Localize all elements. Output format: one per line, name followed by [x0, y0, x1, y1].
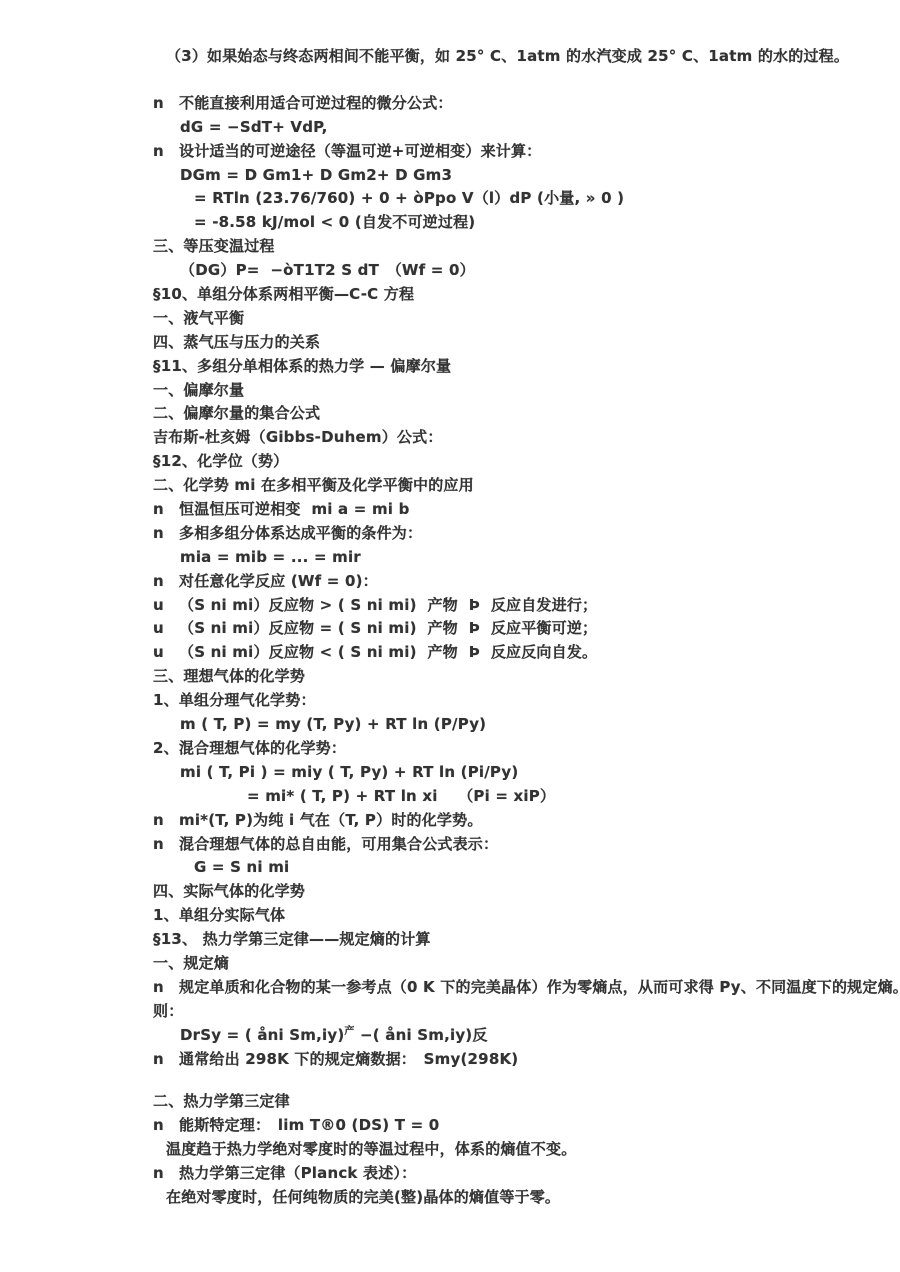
section-heading-line: 四、蒸气压与压力的关系 [153, 331, 870, 355]
bullet-marker: u [153, 617, 179, 641]
line-text: 通常给出 298K 下的规定熵数据： Smy(298K) [179, 1050, 518, 1068]
line-text: §10、单组分体系两相平衡—C-C 方程 [153, 285, 414, 303]
line-text: 在绝对零度时，任何纯物质的完美(整)晶体的熵值等于零。 [166, 1188, 560, 1206]
bullet-marker: u [153, 641, 179, 665]
bullet-line: u（S ni mi）反应物 = ( S ni mi) 产物 Þ 反应平衡可逆； [153, 617, 870, 641]
formula-line: = mi* ( T, P) + RT ln xi （Pi = xiP） [153, 785, 870, 809]
line-text: mia = mib = ... = mir [180, 548, 361, 566]
bullet-line: n恒温恒压可逆相变 mi a = mi b [153, 498, 870, 522]
bullet-line: n通常给出 298K 下的规定熵数据： Smy(298K) [153, 1048, 870, 1072]
line-text: 能斯特定理： lim T®0 (DS) T = 0 [179, 1116, 439, 1134]
section-heading-line: §11、多组分单相体系的热力学 — 偏摩尔量 [153, 355, 870, 379]
bullet-line: n设计适当的可逆途径（等温可逆+可逆相变）来计算： [153, 140, 870, 164]
section-heading-line: §10、单组分体系两相平衡—C-C 方程 [153, 283, 870, 307]
line-text: 三、理想气体的化学势 [153, 667, 305, 685]
line-text: （S ni mi）反应物 = ( S ni mi) 产物 Þ 反应平衡可逆； [179, 619, 597, 637]
formula-line: m ( T, P) = my (T, Py) + RT ln (P/Py) [153, 713, 870, 737]
line-text: 二、化学势 mi 在多相平衡及化学平衡中的应用 [153, 476, 474, 494]
document-page: （3）如果始态与终态两相间不能平衡，如 25° C、1atm 的水汽变成 25°… [0, 0, 900, 1272]
section-heading-line: 三、理想气体的化学势 [153, 665, 870, 689]
line-text: 不能直接利用适合可逆过程的微分公式： [179, 94, 453, 112]
line-spacer [153, 1071, 870, 1090]
line-text: 二、热力学第三定律 [153, 1092, 290, 1110]
section-heading-line: 二、偏摩尔量的集合公式 [153, 402, 870, 426]
line-text: 一、规定熵 [153, 954, 229, 972]
formula-segment-mid: −( åni Sm,iy) [355, 1026, 473, 1044]
line-text: 二、偏摩尔量的集合公式 [153, 404, 320, 422]
formula-line: mi ( T, Pi ) = miy ( T, Py) + RT ln (Pi/… [153, 761, 870, 785]
line-text: （DG）P= −òT1T2 S dT （Wf = 0） [180, 261, 475, 279]
formula-line: G = S ni mi [153, 856, 870, 880]
section-heading-line: 1、单组分理气化学势： [153, 689, 870, 713]
line-text: mi*(T, P)为纯 i 气在（T, P）时的化学势。 [179, 811, 483, 829]
line-text: 则： [153, 1002, 183, 1020]
bullet-line: n不能直接利用适合可逆过程的微分公式： [153, 92, 870, 116]
paragraph-line: （3）如果始态与终态两相间不能平衡，如 25° C、1atm 的水汽变成 25°… [153, 45, 870, 69]
line-text: 对任意化学反应 (Wf = 0)： [179, 572, 378, 590]
bullet-line: u（S ni mi）反应物 > ( S ni mi) 产物 Þ 反应自发进行； [153, 594, 870, 618]
line-text: §11、多组分单相体系的热力学 — 偏摩尔量 [153, 357, 451, 375]
line-text: 设计适当的可逆途径（等温可逆+可逆相变）来计算： [179, 142, 541, 160]
bullet-line: nmi*(T, P)为纯 i 气在（T, P）时的化学势。 [153, 809, 870, 833]
section-heading-line: 三、等压变温过程 [153, 235, 870, 259]
bullet-line: n多相多组分体系达成平衡的条件为： [153, 522, 870, 546]
bullet-line: n混合理想气体的总自由能，可用集合公式表示： [153, 833, 870, 857]
bullet-marker: n [153, 522, 179, 546]
line-text: （S ni mi）反应物 > ( S ni mi) 产物 Þ 反应自发进行； [179, 596, 597, 614]
line-text: m ( T, P) = my (T, Py) + RT ln (P/Py) [180, 715, 486, 733]
line-text: 规定单质和化合物的某一参考点（0 K 下的完美晶体）作为零熵点，从而可求得 Py… [179, 978, 900, 996]
line-text: 1、单组分理气化学势： [153, 691, 316, 709]
bullet-marker: n [153, 92, 179, 116]
section-heading-line: §13、 热力学第三定律——规定熵的计算 [153, 928, 870, 952]
formula-segment-sup: 产 [344, 1026, 354, 1037]
formula-segment-pre: DrSy = ( åni Sm,iy) [180, 1026, 344, 1044]
section-heading-line: 1、单组分实际气体 [153, 904, 870, 928]
bullet-marker: u [153, 594, 179, 618]
formula-line: = -8.58 kJ/mol < 0 (自发不可逆过程) [153, 211, 870, 235]
line-text: DGm = D Gm1+ D Gm2+ D Gm3 [180, 166, 452, 184]
line-text: = RTln (23.76/760) + 0 + òPpo V（l）dP (小量… [194, 189, 624, 207]
line-text: 恒温恒压可逆相变 mi a = mi b [179, 500, 410, 518]
formula-line: mia = mib = ... = mir [153, 546, 870, 570]
bullet-marker: n [153, 498, 179, 522]
line-text: 温度趋于热力学绝对零度时的等温过程中，体系的熵值不变。 [166, 1140, 576, 1158]
line-text: = -8.58 kJ/mol < 0 (自发不可逆过程) [194, 213, 475, 231]
paragraph-line: 在绝对零度时，任何纯物质的完美(整)晶体的熵值等于零。 [153, 1186, 870, 1210]
section-heading-line: 一、偏摩尔量 [153, 379, 870, 403]
line-text: 三、等压变温过程 [153, 237, 275, 255]
line-text: 热力学第三定律（Planck 表述）： [179, 1164, 416, 1182]
line-text: = mi* ( T, P) + RT ln xi （Pi = xiP） [247, 787, 555, 805]
formula-line: = RTln (23.76/760) + 0 + òPpo V（l）dP (小量… [153, 187, 870, 211]
section-heading-line: 四、实际气体的化学势 [153, 880, 870, 904]
line-text: （3）如果始态与终态两相间不能平衡，如 25° C、1atm 的水汽变成 25°… [166, 47, 849, 65]
line-text: 多相多组分体系达成平衡的条件为： [179, 524, 422, 542]
section-heading-line: §12、化学位（势） [153, 450, 870, 474]
bullet-marker: n [153, 140, 179, 164]
document-body: （3）如果始态与终态两相间不能平衡，如 25° C、1atm 的水汽变成 25°… [0, 0, 900, 1210]
bullet-line: n对任意化学反应 (Wf = 0)： [153, 570, 870, 594]
bullet-marker: n [153, 1048, 179, 1072]
section-heading-line: 二、化学势 mi 在多相平衡及化学平衡中的应用 [153, 474, 870, 498]
bullet-marker: n [153, 809, 179, 833]
formula-segment-end: 反 [472, 1026, 487, 1044]
line-text: G = S ni mi [194, 858, 289, 876]
line-text: 1、单组分实际气体 [153, 906, 285, 924]
bullet-line: n热力学第三定律（Planck 表述）： [153, 1162, 870, 1186]
line-text: （S ni mi）反应物 < ( S ni mi) 产物 Þ 反应反向自发。 [179, 643, 597, 661]
line-text: 一、偏摩尔量 [153, 381, 244, 399]
line-text: mi ( T, Pi ) = miy ( T, Py) + RT ln (Pi/… [180, 763, 518, 781]
paragraph-line: 温度趋于热力学绝对零度时的等温过程中，体系的熵值不变。 [153, 1138, 870, 1162]
bullet-line: n能斯特定理： lim T®0 (DS) T = 0 [153, 1114, 870, 1138]
formula-line: DGm = D Gm1+ D Gm2+ D Gm3 [153, 164, 870, 188]
line-text: §12、化学位（势） [153, 452, 288, 470]
bullet-marker: n [153, 570, 179, 594]
line-text: 吉布斯-杜亥姆（Gibbs-Duhem）公式： [153, 428, 443, 446]
line-text: 四、实际气体的化学势 [153, 882, 305, 900]
line-spacer [153, 69, 870, 92]
section-heading-line: 则： [153, 1000, 870, 1024]
line-text: 2、混合理想气体的化学势： [153, 739, 346, 757]
line-text: dG = −SdT+ VdP, [180, 118, 327, 136]
bullet-line: n规定单质和化合物的某一参考点（0 K 下的完美晶体）作为零熵点，从而可求得 P… [153, 976, 870, 1000]
line-text: 混合理想气体的总自由能，可用集合公式表示： [179, 835, 498, 853]
line-text: 一、液气平衡 [153, 309, 244, 327]
line-text: §13、 热力学第三定律——规定熵的计算 [153, 930, 431, 948]
bullet-marker: n [153, 833, 179, 857]
bullet-marker: n [153, 1114, 179, 1138]
section-heading-line: 2、混合理想气体的化学势： [153, 737, 870, 761]
line-text: 四、蒸气压与压力的关系 [153, 333, 320, 351]
bullet-marker: n [153, 1162, 179, 1186]
section-heading-line: 二、热力学第三定律 [153, 1090, 870, 1114]
bullet-marker: n [153, 976, 179, 1000]
section-heading-line: 一、规定熵 [153, 952, 870, 976]
section-heading-line: 一、液气平衡 [153, 307, 870, 331]
formula-line: dG = −SdT+ VdP, [153, 116, 870, 140]
formula-line: （DG）P= −òT1T2 S dT （Wf = 0） [153, 259, 870, 283]
bullet-line: u（S ni mi）反应物 < ( S ni mi) 产物 Þ 反应反向自发。 [153, 641, 870, 665]
formula-line: DrSy = ( åni Sm,iy)产 −( åni Sm,iy)反 [153, 1024, 870, 1048]
section-heading-line: 吉布斯-杜亥姆（Gibbs-Duhem）公式： [153, 426, 870, 450]
